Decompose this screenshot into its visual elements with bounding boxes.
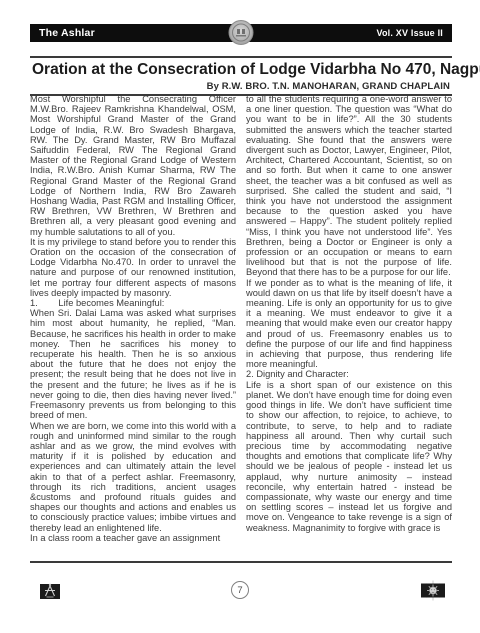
document-page: The Ashlar Vol. XV Issue II Oration at t… [0,0,480,633]
masthead-bar: The Ashlar Vol. XV Issue II [30,24,452,42]
left-column: Most Worshipful the Consecrating Officer… [30,94,236,558]
paragraph: to all the students requiring a one-word… [246,94,452,278]
right-column: to all the students requiring a one-word… [246,94,452,558]
title-block: Oration at the Consecration of Lodge Vid… [30,56,452,96]
radiant-sun-emblem-icon [420,580,446,606]
lodge-seal-icon [229,20,254,45]
paragraph: When we are born, we come into this worl… [30,421,236,533]
paragraph: When Sri. Dalai Lama was asked what surp… [30,308,236,420]
paragraph: Most Worshipful the Consecrating Officer… [30,94,236,237]
lodge-seal-glyph [232,23,251,42]
masthead-title: The Ashlar [39,27,95,39]
square-compasses-emblem-icon [40,582,60,606]
paragraph: If we ponder as to what is the meaning o… [246,278,452,370]
page-number-badge: 7 [231,581,249,599]
paragraph: 2. Dignity and Character: [246,369,452,379]
footer-divider [30,561,452,563]
issue-label: Vol. XV Issue II [376,28,443,38]
paragraph: It is my privilege to stand before you t… [30,237,236,298]
article-body: Most Worshipful the Consecrating Officer… [30,94,452,558]
paragraph: 1. Life becomes Meaningful: [30,298,236,308]
page-number: 7 [237,585,242,596]
paragraph: In a class room a teacher gave an assign… [30,533,236,543]
article-byline: By R.W. BRO. T.N. MANOHARAN, GRAND CHAPL… [32,81,450,92]
article-title: Oration at the Consecration of Lodge Vid… [32,61,450,79]
paragraph: Life is a short span of our existence on… [246,380,452,533]
